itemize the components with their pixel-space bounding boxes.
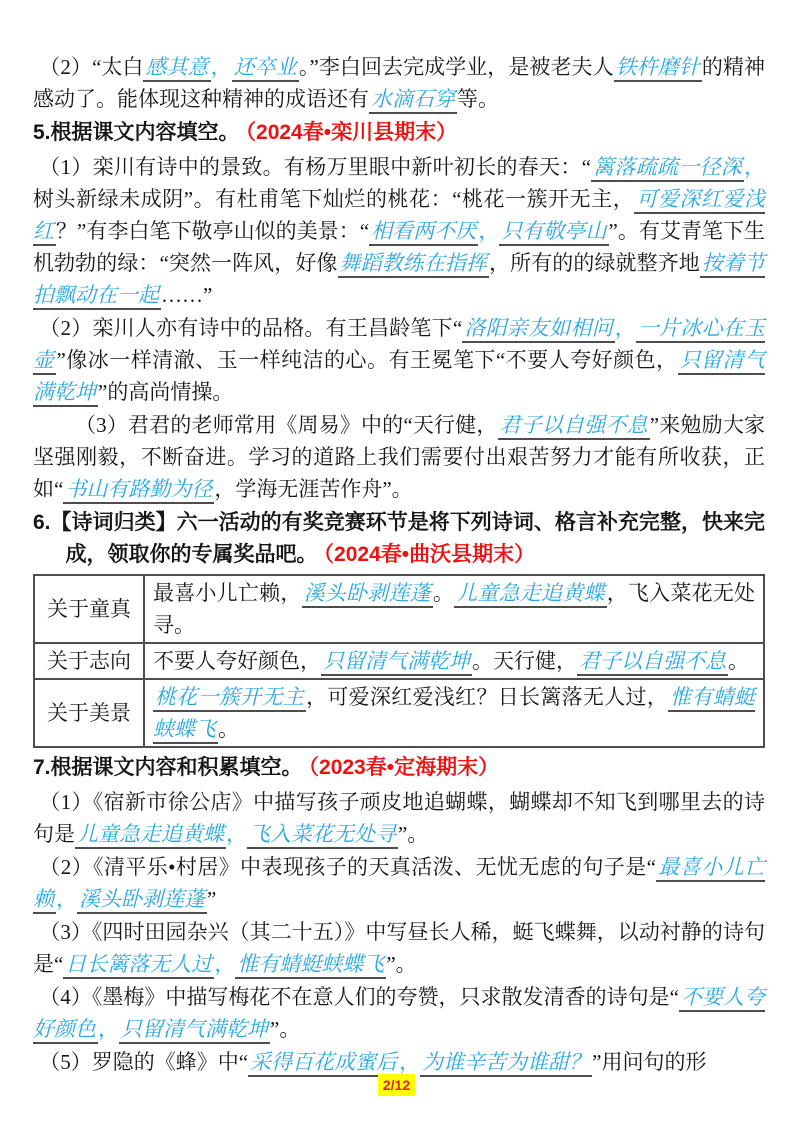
text-run: ？”有李白笔下敬亭山似的美景：“ (56, 219, 369, 243)
text-run: ” (207, 887, 216, 911)
text-run: ”。 (398, 822, 428, 846)
answer-blank: 还卒业 (232, 55, 299, 82)
text-run: ”像冰一样清澈、玉一样纯洁的心。有王冕笔下“不要人夸好颜色， (56, 348, 677, 372)
text-run: （2）“太白 (39, 55, 143, 79)
poetry-category-table: 关于童真最喜小儿亡赖，溪头卧剥莲蓬。儿童急走追黄蝶，飞入菜花无处寻。关于志向不要… (33, 574, 765, 748)
answer-blank: 只留清气满乾坤 (119, 1017, 270, 1044)
question-7-part-3: （3）《四时田园杂兴（其二十五）》中写昼长人稀，蜓飞蝶舞，以动衬静的诗句是“日长… (33, 916, 765, 980)
answer-blank: 书山有路勤为径 (63, 477, 214, 504)
text-run: （5）罗隐的《蜂》中“ (39, 1050, 248, 1074)
answer-blank: 舞蹈教练在指挥 (338, 251, 490, 278)
question-5-heading: 5.根据课文内容填空。（2024春•栾川县期末） (33, 117, 765, 149)
text-run: 树头新绿未成阴”。有杜甫笔下灿烂的桃花：“桃花一簇开无主， (33, 187, 634, 211)
text-run: 。 (728, 649, 749, 673)
answer-comma: ， (56, 887, 77, 911)
text-run: （4）《墨梅》中描写梅花不在意人们的夸赞，只求散发清香的诗句是“ (39, 985, 679, 1009)
text-run: ……” (161, 283, 212, 307)
answer-blank: 只有敬亭山 (499, 219, 608, 246)
answer-blank: 溪头卧剥莲蓬 (77, 887, 207, 914)
answer-blank: 只留清气满乾坤 (321, 649, 472, 676)
text-run: （2）《清平乐•村居》中表现孩子的天真活泼、无忧无虑的句子是“ (39, 855, 656, 879)
text-run: 。天行健， (472, 649, 577, 673)
text-run: （3）君君的老师常用《周易》中的“天行健， (75, 413, 498, 437)
answer-blank: 儿童急走追黄蝶 (454, 581, 607, 608)
answer-blank: 洛阳亲友如相问 (462, 316, 615, 343)
answer-comma: ， (98, 1017, 119, 1041)
text-run: ，可爱深红爱浅红？日长篱落无人过， (306, 685, 668, 709)
question-7-part-2: （2）《清平乐•村居》中表现孩子的天真活泼、无忧无虑的句子是“最喜小儿亡赖，溪头… (33, 851, 765, 915)
category-content: 不要人夸好颜色，只留清气满乾坤。天行健，君子以自强不息。 (144, 643, 764, 679)
answer-blank: 溪头卧剥莲蓬 (302, 581, 433, 608)
table-row: 关于童真最喜小儿亡赖，溪头卧剥莲蓬。儿童急走追黄蝶，飞入菜花无处寻。 (34, 575, 764, 643)
text-run: 不要人夸好颜色， (153, 649, 321, 673)
text-run: ”。 (386, 952, 416, 976)
text-run: ”用问句的形 (592, 1050, 706, 1074)
page-number: 2/12 (378, 1074, 415, 1096)
text-run: ”的高尚情操。 (98, 380, 233, 404)
text-run: ，所有的的绿就整齐地 (489, 251, 700, 275)
worksheet-page: （2）“太白感其意，还卒业。”李白回去完成学业，是被老夫人铁杵磨针的精神感动了。… (0, 0, 793, 1122)
category-content: 桃花一簇开无主，可爱深红爱浅红？日长篱落无人过，惟有蜻蜓蛱蝶飞。 (144, 679, 764, 747)
text-run: 。 (218, 717, 239, 741)
answer-blank: 惟有蜻蜓蛱蝶飞 (235, 952, 386, 979)
text-run: 。 (433, 581, 454, 605)
exam-source-label: （2024春•曲沃县期末） (324, 543, 536, 566)
category-label: 关于童真 (34, 575, 144, 643)
question-title: 5.根据课文内容填空。 (33, 121, 240, 144)
answer-blank: 君子以自强不息 (498, 413, 650, 440)
text-run: 最喜小儿亡赖， (153, 581, 302, 605)
answer-blank: 水滴石穿 (369, 87, 457, 114)
answer-comma: ， (226, 822, 247, 846)
text-run: （2）栾川人亦有诗中的品格。有王昌龄笔下“ (39, 316, 462, 340)
answer-blank: 儿童急走追黄蝶 (75, 822, 226, 849)
table-row: 关于美景桃花一簇开无主，可爱深红爱浅红？日长篱落无人过，惟有蜻蜓蛱蝶飞。 (34, 679, 764, 747)
answer-blank: 君子以自强不息 (577, 649, 728, 676)
answer-blank: 感其意 (143, 55, 210, 82)
answer-comma: ， (214, 952, 235, 976)
category-label: 关于志向 (34, 643, 144, 679)
answer-comma: ， (211, 55, 232, 79)
answer-blank: 飞入菜花无处寻 (247, 822, 398, 849)
answer-comma: ， (478, 219, 499, 243)
text-run: ，学海无涯苦作舟”。 (214, 477, 412, 501)
question-7-part-1: （1）《宿新市徐公店》中描写孩子顽皮地追蝴蝶，蝴蝶却不知飞到哪里去的诗句是儿童急… (33, 786, 765, 850)
answer-blank: 相看两不厌 (369, 219, 478, 246)
answer-comma: ， (399, 1050, 420, 1074)
question-4-part-2: （2）“太白感其意，还卒业。”李白回去完成学业，是被老夫人铁杵磨针的精神感动了。… (33, 51, 765, 115)
exam-source-label: （2023春•定海期末） (309, 756, 500, 779)
question-5-part-3: （3）君君的老师常用《周易》中的“天行健，君子以自强不息”来勉励大家坚强刚毅，不… (33, 409, 765, 505)
text-run: 。”李白回去完成学业，是被老夫人 (299, 55, 614, 79)
page-footer: 2/12 (0, 1073, 793, 1096)
answer-comma: ， (744, 155, 765, 179)
text-run: ”。 (270, 1017, 300, 1041)
question-6-heading: 6.【诗词归类】六一活动的有奖竞赛环节是将下列诗词、格言补充完整，快来完成，领取… (33, 507, 765, 571)
document-body: （2）“太白感其意，还卒业。”李白回去完成学业，是被老夫人铁杵磨针的精神感动了。… (33, 51, 765, 1078)
category-label: 关于美景 (34, 679, 144, 747)
answer-comma: ， (615, 316, 636, 340)
text-run: （1）栾川有诗中的景致。有杨万里眼中新叶初长的春天：“ (39, 155, 591, 179)
answer-blank: 日长篱落无人过 (63, 952, 214, 979)
answer-blank: 篱落疏疏一径深 (591, 155, 744, 182)
answer-blank: 铁杵磨针 (614, 55, 702, 82)
question-5-part-2: （2）栾川人亦有诗中的品格。有王昌龄笔下“洛阳亲友如相问，一片冰心在玉壶”像冰一… (33, 312, 765, 408)
question-7-heading: 7.根据课文内容和积累填空。（2023春•定海期末） (33, 752, 765, 784)
question-5-part-1: （1）栾川有诗中的景致。有杨万里眼中新叶初长的春天：“篱落疏疏一径深，树头新绿未… (33, 151, 765, 311)
exam-source-label: （2024春•栾川县期末） (246, 121, 458, 144)
category-content: 最喜小儿亡赖，溪头卧剥莲蓬。儿童急走追黄蝶，飞入菜花无处寻。 (144, 575, 764, 643)
text-run: 等。 (457, 87, 499, 111)
question-title: 7.根据课文内容和积累填空。 (33, 756, 303, 779)
table-row: 关于志向不要人夸好颜色，只留清气满乾坤。天行健，君子以自强不息。 (34, 643, 764, 679)
question-7-part-4: （4）《墨梅》中描写梅花不在意人们的夸赞，只求散发清香的诗句是“不要人夸好颜色，… (33, 981, 765, 1045)
answer-blank: 桃花一簇开无主 (153, 685, 306, 712)
